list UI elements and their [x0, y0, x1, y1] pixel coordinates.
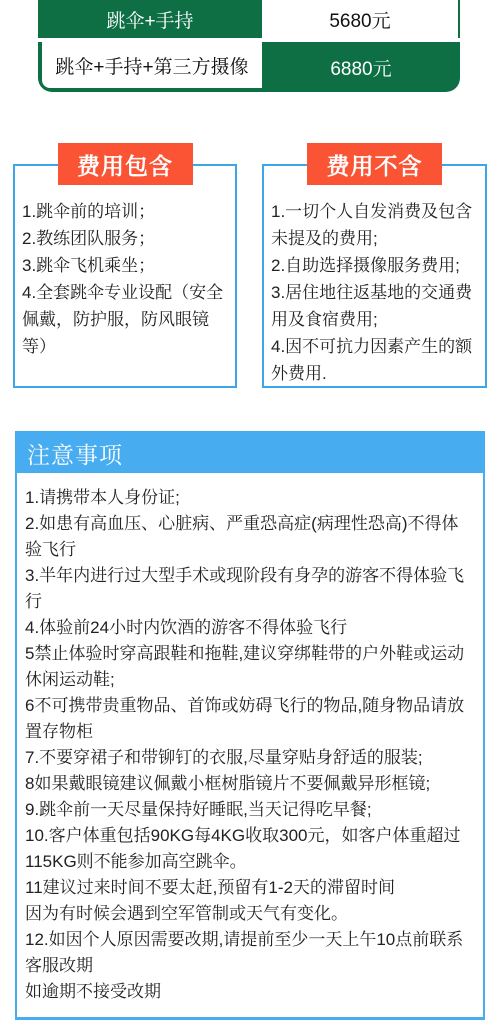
notice-title: 注意事项 — [17, 433, 483, 473]
notice-item: 2.如患有高血压、心脏病、严重恐高症(病理性恐高)不得体验飞行 — [25, 511, 475, 563]
notice-item: 3.半年内进行过大型手术或现阶段有身孕的游客不得体验飞行 — [25, 563, 475, 615]
notice-box: 注意事项 1.请携带本人身份证;2.如患有高血压、心脏病、严重恐高症(病理性恐高… — [15, 431, 485, 1020]
fee-included-title: 费用包含 — [58, 143, 193, 185]
fee-excluded-list: 1.一切个人自发消费及包含未提及的费用;2.自助选择摄像服务费用;3.居住地往返… — [262, 164, 487, 388]
package-name-cell: 跳伞+手持 — [38, 0, 262, 38]
notice-item: 6不可携带贵重物品、首饰或妨碍飞行的物品,随身物品请放置存物柜 — [25, 693, 475, 745]
notice-item: 7.不要穿裙子和带铆钉的衣服,尽量穿贴身舒适的服装; — [25, 745, 475, 771]
notice-item: 因为有时候会遇到空军管制或天气有变化。 — [25, 901, 475, 927]
price-table-row: 跳伞+手持 5680元 — [38, 0, 460, 38]
notice-item: 4.体验前24小时内饮酒的游客不得体验飞行 — [25, 615, 475, 641]
fee-included-box: 费用包含 1.跳伞前的培训；2.教练团队服务；3.跳伞飞机乘坐；4.全套跳伞专业… — [13, 143, 237, 388]
price-table: 跳伞+手持 5680元 跳伞+手持+第三方摄像 6880元 — [38, 0, 460, 92]
price-table-row: 跳伞+手持+第三方摄像 6880元 — [38, 42, 460, 92]
fee-included-item: 4.全套跳伞专业设配（安全佩戴，防护服，防风眼镜等） — [22, 279, 228, 360]
notice-item: 如逾期不接受改期 — [25, 979, 475, 1005]
fee-excluded-box: 费用不含 1.一切个人自发消费及包含未提及的费用;2.自助选择摄像服务费用;3.… — [262, 143, 487, 388]
notice-item: 8如果戴眼镜建议佩戴小框树脂镜片不要佩戴异形框镜; — [25, 771, 475, 797]
notice-item: 12.如因个人原因需要改期,请提前至少一天上午10点前联系客服改期 — [25, 927, 475, 979]
fee-excluded-item: 3.居住地往返基地的交通费用及食宿费用; — [271, 279, 478, 333]
notice-item: 9.跳伞前一天尽量保持好睡眠,当天记得吃早餐; — [25, 797, 475, 823]
package-price-cell: 6880元 — [262, 42, 460, 92]
fee-included-item: 1.跳伞前的培训； — [22, 198, 228, 225]
notice-item: 1.请携带本人身份证; — [25, 485, 475, 511]
notice-item: 5禁止体验时穿高跟鞋和拖鞋,建议穿绑鞋带的户外鞋或运动休闲运动鞋; — [25, 641, 475, 693]
fee-included-list: 1.跳伞前的培训；2.教练团队服务；3.跳伞飞机乘坐；4.全套跳伞专业设配（安全… — [13, 164, 237, 388]
fee-excluded-item: 2.自助选择摄像服务费用; — [271, 252, 478, 279]
package-price-cell: 5680元 — [262, 0, 458, 38]
notice-item: 11建议过来时间不要太赶,预留有1-2天的滞留时间 — [25, 875, 475, 901]
notice-item: 10.客户体重包括90KG每4KG收取300元，如客户体重超过115KG则不能参… — [25, 823, 475, 875]
fee-excluded-item: 4.因不可抗力因素产生的额外费用. — [271, 333, 478, 387]
fee-excluded-title: 费用不含 — [307, 143, 442, 185]
fee-section: 费用包含 1.跳伞前的培训；2.教练团队服务；3.跳伞飞机乘坐；4.全套跳伞专业… — [13, 143, 487, 388]
fee-included-item: 3.跳伞飞机乘坐； — [22, 252, 228, 279]
notice-list: 1.请携带本人身份证;2.如患有高血压、心脏病、严重恐高症(病理性恐高)不得体验… — [17, 473, 483, 1017]
fee-included-item: 2.教练团队服务； — [22, 225, 228, 252]
fee-excluded-item: 1.一切个人自发消费及包含未提及的费用; — [271, 198, 478, 252]
package-name-cell: 跳伞+手持+第三方摄像 — [42, 42, 262, 88]
